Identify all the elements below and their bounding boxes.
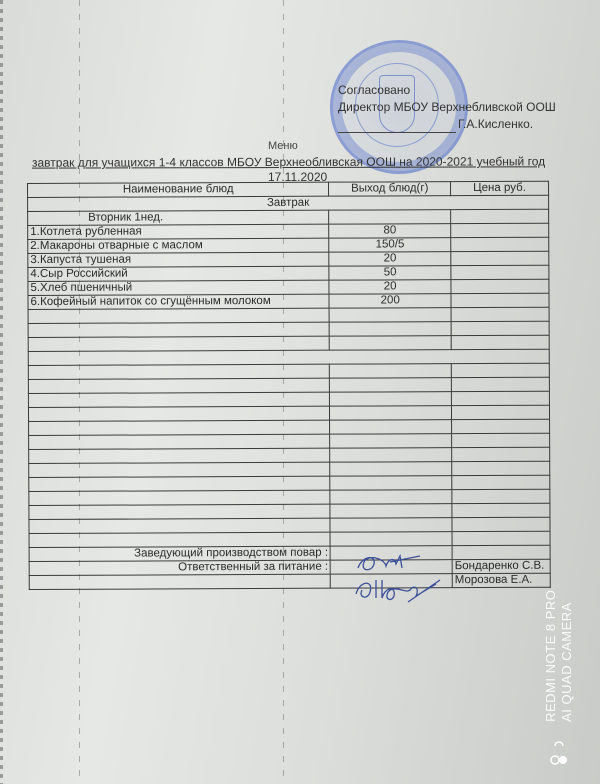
empty-cell [330,490,452,505]
day-label: Вторник 1нед. [28,210,329,225]
footer-row: Морозова Е.А. [29,573,550,589]
empty-cell [29,504,330,519]
empty-cell [329,210,451,225]
empty-cell [28,364,329,379]
empty-cell [452,531,550,545]
dish-name: 2.Макароны отварные с маслом [28,238,329,253]
empty-cell [452,461,550,475]
approval-signatory: Г.А.Кисленко. [338,116,556,133]
empty-cell [330,462,452,477]
footer-role: Ответственный за питание : [29,560,330,575]
empty-cell [330,448,452,463]
empty-cell [330,476,452,491]
empty-cell [330,364,452,379]
empty-cell [29,518,330,533]
empty-cell [452,503,550,517]
dish-price [451,279,549,293]
dish-price [451,223,549,237]
camera-watermark: REDMI NOTE 8 PRO AI QUAD CAMERA [543,590,575,768]
dish-output: 80 [329,224,451,239]
approval-block: Согласовано Директор МБОУ Верхнебливской… [338,82,556,133]
empty-cell [330,378,452,393]
menu-table: Наименование блюд Выход блюд(г) Цена руб… [27,181,551,590]
dish-name: 6.Кофейный напиток со сгущённым молоком [28,294,329,309]
signature-line [338,132,456,133]
empty-cell [28,378,329,393]
empty-cell [29,476,330,491]
empty-cell [330,518,452,533]
empty-cell [28,322,329,337]
empty-cell [330,504,452,519]
empty-cell [330,336,452,351]
empty-cell [451,321,549,335]
paper-edge [0,0,3,784]
empty-cell [451,209,549,223]
dish-name: 5.Хлеб пшеничный [28,280,329,295]
empty-cell [451,405,549,419]
empty-cell [451,391,549,405]
empty-cell [28,392,329,407]
empty-cell [451,377,549,391]
empty-cell [29,420,330,435]
dish-output: 50 [329,266,451,281]
empty-cell [29,574,330,589]
empty-cell [28,406,329,421]
empty-cell [451,307,549,321]
empty-cell [330,420,452,435]
dish-name: 3.Капуста тушеная [28,252,329,267]
empty-cell [452,517,550,531]
watermark-line-2: AI QUAD CAMERA [559,590,575,722]
empty-cell [330,532,452,547]
dish-price [451,293,549,307]
footer-row: Ответственный за питание :Бондаренко С.В… [29,559,550,575]
dish-price [451,265,549,279]
menu-subtitle: завтрак для учащихся 1-4 классов МБОУ Ве… [32,154,545,169]
column-header-price: Цена руб. [451,181,549,195]
page-title: Меню [268,140,298,152]
handwritten-signature [350,550,445,605]
empty-cell [452,447,550,461]
empty-cell [29,490,330,505]
empty-cell [330,434,452,449]
dish-output: 150/5 [329,238,451,253]
camera-logo-icon [550,734,568,768]
empty-cell [452,419,550,433]
footer-name: Бондаренко С.В. [452,559,550,573]
empty-cell [330,406,452,421]
empty-cell [330,322,452,337]
approval-director: Директор МБОУ Верхнебливской ООШ [338,99,556,116]
dish-output: 200 [329,294,451,309]
empty-cell [29,434,330,449]
approval-label: Согласовано [338,83,410,97]
empty-cell [452,545,550,559]
empty-cell [451,363,549,377]
dish-output: 20 [329,252,451,267]
dish-name: 4.Сыр Российский [28,266,329,281]
empty-cell [29,448,330,463]
column-header-dish: Наименование блюд [28,182,329,197]
empty-cell [29,462,330,477]
dish-output: 20 [329,280,451,295]
column-header-output: Выход блюд(г) [329,182,451,197]
footer-name: Морозова Е.А. [452,573,550,587]
empty-cell [28,308,329,323]
dish-name: 1.Котлета рубленная [28,224,329,239]
dish-price [451,251,549,265]
empty-cell [452,475,550,489]
empty-cell [29,532,330,547]
empty-cell [452,489,550,503]
empty-cell [28,336,329,351]
watermark-line-1: REDMI NOTE 8 PRO [543,590,559,722]
dish-price [451,237,549,251]
empty-cell [451,335,549,349]
empty-cell [329,308,451,323]
footer-role: Заведующий производством повар : [29,546,330,561]
empty-cell [452,433,550,447]
empty-cell [330,392,452,407]
